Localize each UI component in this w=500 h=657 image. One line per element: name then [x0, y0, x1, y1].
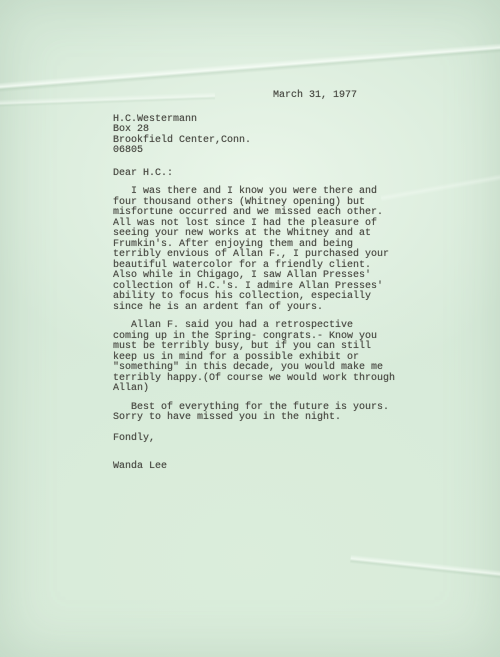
- letter-date: March 31, 1977: [273, 91, 472, 102]
- letter-paragraph-2: Allan F. said you had a retrospective co…: [113, 321, 472, 395]
- salutation: Dear H.C.:: [113, 169, 472, 180]
- closing: Fondly,: [113, 434, 472, 445]
- letter-content: March 31, 1977 H.C.Westermann Box 28 Bro…: [0, 0, 500, 473]
- paper-crease-bottom-right: [350, 555, 500, 587]
- signature-name: Wanda Lee: [113, 462, 472, 473]
- recipient-address: H.C.Westermann Box 28 Brookfield Center,…: [113, 115, 472, 157]
- letter-paragraph-3: Best of everything for the future is you…: [113, 403, 472, 424]
- scanned-letter: March 31, 1977 H.C.Westermann Box 28 Bro…: [0, 0, 500, 657]
- letter-paragraph-1: I was there and I know you were there an…: [113, 187, 472, 313]
- letter-paper: March 31, 1977 H.C.Westermann Box 28 Bro…: [0, 0, 500, 657]
